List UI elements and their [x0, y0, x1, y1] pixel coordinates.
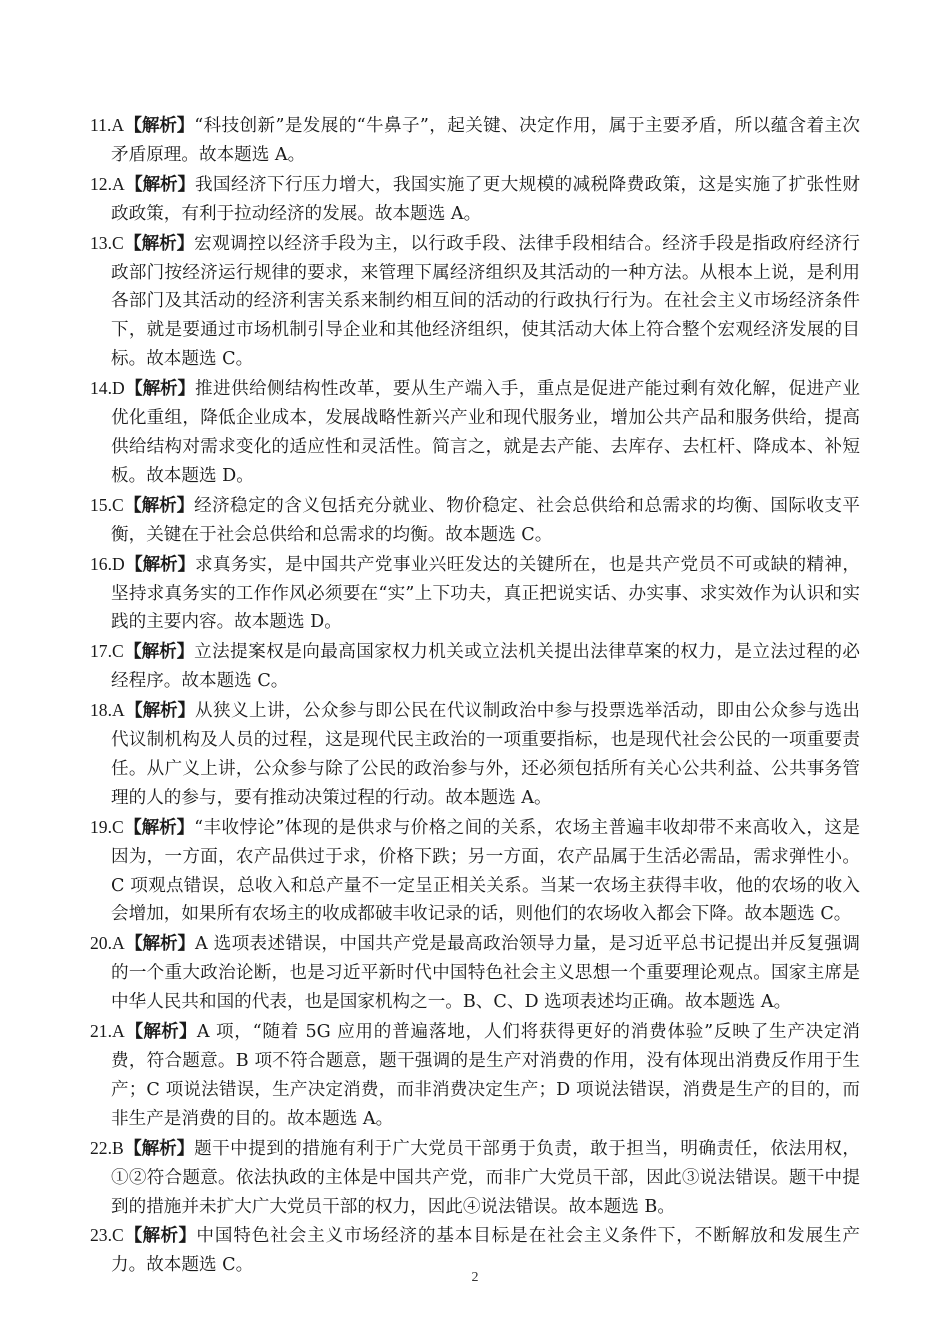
answer-item-20: 20.A【解析】A 选项表述错误，中国共产党是最高政治领导力量，是习近平总书记提…	[90, 929, 860, 1017]
analysis-tag: 【解析】	[124, 818, 194, 838]
answer-item-13: 13.C【解析】宏观调控以经济手段为主，以行政手段、法律手段相结合。经济手段是指…	[90, 229, 860, 375]
answer-text: 我国经济下行压力增大，我国实施了更大规模的减税降费政策，这是实施了扩张性财政政策…	[111, 175, 860, 224]
answer-text: A 项，“随着 5G 应用的普遍落地，人们将获得更好的消费体验”反映了生产决定消…	[111, 1022, 860, 1129]
answer-number: 19.C	[90, 817, 124, 837]
answer-text: 题干中提到的措施有利于广大党员干部勇于负责，敢于担当，明确责任，依法用权，①②符…	[111, 1139, 860, 1217]
answer-text: 宏观调控以经济手段为主，以行政手段、法律手段相结合。经济手段是指政府经济行政部门…	[111, 234, 860, 370]
answer-item-16: 16.D【解析】求真务实，是中国共产党事业兴旺发达的关键所在，也是共产党员不可或…	[90, 550, 860, 638]
answer-explanations: 11.A【解析】“科技创新”是发展的“牛鼻子”，起关键、决定作用，属于主要矛盾，…	[90, 111, 860, 1280]
answer-item-21: 21.A【解析】A 项，“随着 5G 应用的普遍落地，人们将获得更好的消费体验”…	[90, 1017, 860, 1134]
answer-item-19: 19.C【解析】“丰收悖论”体现的是供求与价格之间的关系，农场主普遍丰收却带不来…	[90, 813, 860, 930]
answer-number: 17.C	[90, 641, 124, 661]
answer-text: A 选项表述错误，中国共产党是最高政治领导力量，是习近平总书记提出并反复强调的一…	[111, 934, 860, 1012]
answer-item-15: 15.C【解析】经济稳定的含义包括充分就业、物价稳定、社会总供给和总需求的均衡、…	[90, 491, 860, 550]
analysis-tag: 【解析】	[125, 701, 195, 721]
answer-text: 推进供给侧结构性改革，要从生产端入手，重点是促进产能过剩有效化解，促进产业优化重…	[111, 379, 860, 486]
answer-item-17: 17.C【解析】立法提案权是向最高国家权力机关或立法机关提出法律草案的权力，是立…	[90, 637, 860, 696]
analysis-tag: 【解析】	[124, 234, 194, 254]
answer-number: 11.A	[90, 115, 124, 135]
analysis-tag: 【解析】	[124, 1139, 194, 1159]
analysis-tag: 【解析】	[125, 934, 195, 954]
answer-number: 21.A	[90, 1021, 125, 1041]
analysis-tag: 【解析】	[124, 116, 194, 136]
answer-item-18: 18.A【解析】从狭义上讲，公众参与即公民在代议制政治中参与投票选举活动，即由公…	[90, 696, 860, 813]
answer-item-22: 22.B【解析】题干中提到的措施有利于广大党员干部勇于负责，敢于担当，明确责任，…	[90, 1134, 860, 1222]
answer-text: 中国特色社会主义市场经济的基本目标是在社会主义条件下，不断解放和发展生产力。故本…	[111, 1226, 860, 1275]
answer-text: 经济稳定的含义包括充分就业、物价稳定、社会总供给和总需求的均衡、国际收支平衡，关…	[111, 496, 860, 545]
analysis-tag: 【解析】	[125, 379, 195, 399]
answer-number: 22.B	[90, 1138, 124, 1158]
answer-text: 求真务实，是中国共产党事业兴旺发达的关键所在，也是共产党员不可或缺的精神，坚持求…	[111, 555, 860, 633]
answer-item-11: 11.A【解析】“科技创新”是发展的“牛鼻子”，起关键、决定作用，属于主要矛盾，…	[90, 111, 860, 170]
answer-number: 16.D	[90, 554, 125, 574]
analysis-tag: 【解析】	[125, 555, 195, 575]
answer-number: 13.C	[90, 233, 124, 253]
page-number: 2	[0, 1270, 950, 1286]
analysis-tag: 【解析】	[124, 496, 194, 516]
answer-number: 14.D	[90, 378, 125, 398]
answer-text: 立法提案权是向最高国家权力机关或立法机关提出法律草案的权力，是立法过程的必经程序…	[111, 642, 860, 691]
answer-number: 15.C	[90, 495, 124, 515]
answer-number: 18.A	[90, 700, 125, 720]
answer-number: 23.C	[90, 1225, 124, 1245]
answer-text: “科技创新”是发展的“牛鼻子”，起关键、决定作用，属于主要矛盾，所以蕴含着主次矛…	[111, 116, 860, 165]
answer-item-12: 12.A【解析】我国经济下行压力增大，我国实施了更大规模的减税降费政策，这是实施…	[90, 170, 860, 229]
answer-number: 20.A	[90, 933, 125, 953]
analysis-tag: 【解析】	[125, 175, 195, 195]
answer-text: “丰收悖论”体现的是供求与价格之间的关系，农场主普遍丰收却带不来高收入，这是因为…	[111, 818, 860, 925]
analysis-tag: 【解析】	[124, 642, 194, 662]
answer-text: 从狭义上讲，公众参与即公民在代议制政治中参与投票选举活动，即由公众参与选出代议制…	[111, 701, 860, 808]
analysis-tag: 【解析】	[124, 1226, 197, 1246]
answer-item-14: 14.D【解析】推进供给侧结构性改革，要从生产端入手，重点是促进产能过剩有效化解…	[90, 374, 860, 491]
answer-number: 12.A	[90, 174, 125, 194]
analysis-tag: 【解析】	[125, 1022, 197, 1042]
